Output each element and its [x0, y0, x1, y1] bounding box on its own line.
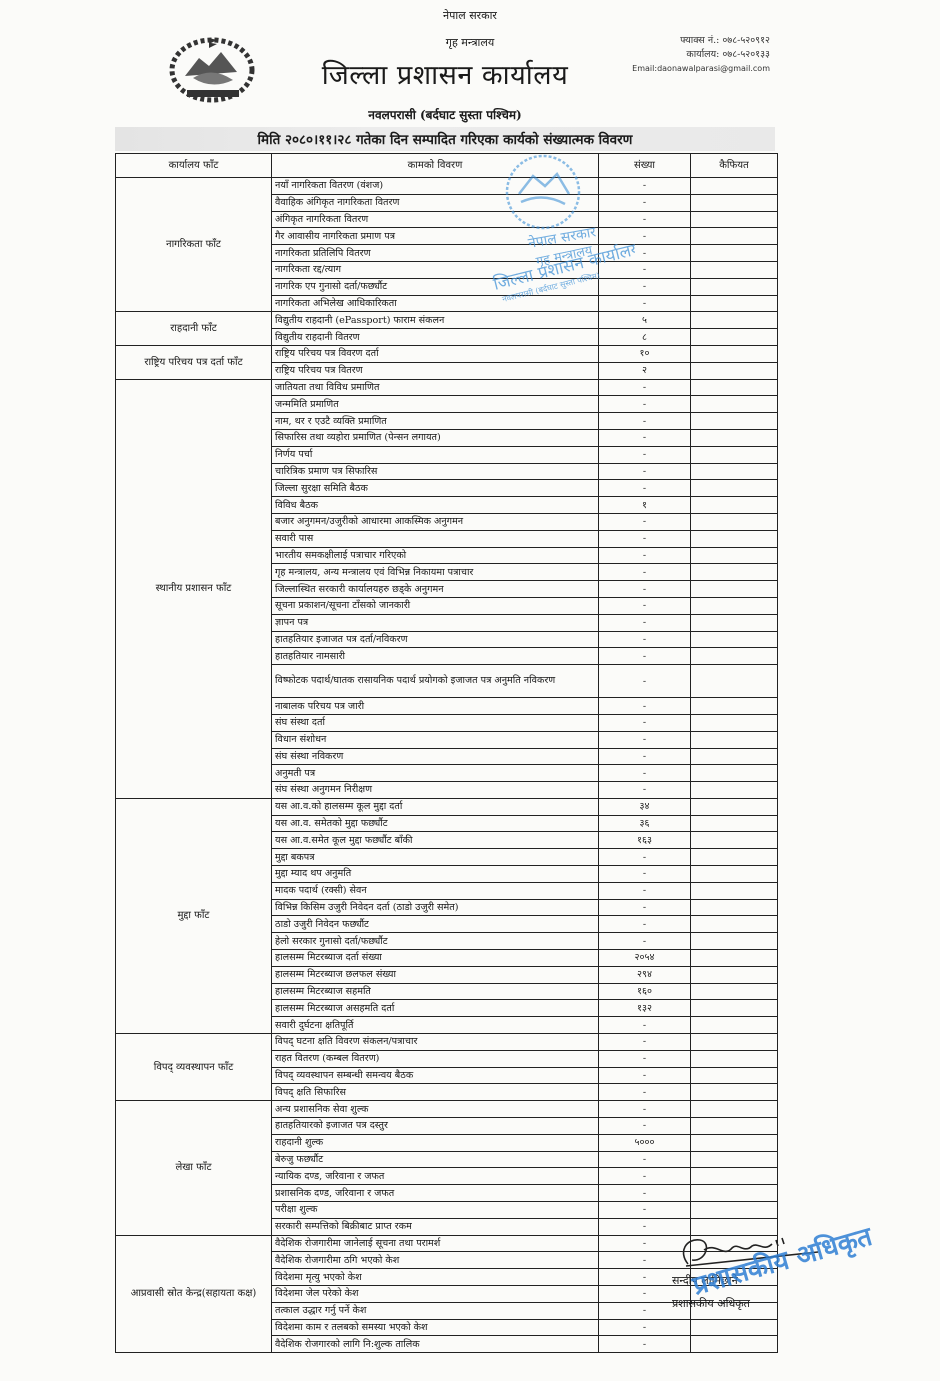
task-count: १ — [599, 497, 691, 514]
task-remarks — [691, 564, 778, 581]
task-count: - — [599, 614, 691, 631]
task-remarks — [691, 396, 778, 413]
task-remarks — [691, 362, 778, 379]
task-count: - — [599, 463, 691, 480]
task-count: - — [599, 530, 691, 547]
task-description: राष्ट्रिय परिचय पत्र वितरण — [272, 362, 599, 379]
task-remarks — [691, 950, 778, 967]
task-remarks — [691, 295, 778, 312]
task-count: - — [599, 597, 691, 614]
table-row: नागरिकता फाँटनयाँ नागरिकता वितरण (वंशज)- — [116, 178, 778, 195]
task-count: - — [599, 648, 691, 665]
task-count: - — [599, 1218, 691, 1235]
task-description: नाम, थर र एउटै व्यक्ति प्रमाणित — [272, 413, 599, 430]
task-description: विपद् व्यवस्थापन सम्बन्धी समन्वय बैठक — [272, 1067, 599, 1084]
task-description: सवारी दुर्घटना क्षतिपूर्ति — [272, 1017, 599, 1034]
task-description: यस आ.व.समेत कूल मुद्दा फर्छ्यौट बाँकी — [272, 832, 599, 849]
task-description: राहत वितरण (कम्बल वितरण) — [272, 1050, 599, 1067]
task-description: हातहतियार नामसारी — [272, 648, 599, 665]
task-count: ५ — [599, 312, 691, 329]
task-description: जातियता तथा विविध प्रमाणित — [272, 379, 599, 396]
task-count: - — [599, 899, 691, 916]
task-remarks — [691, 648, 778, 665]
task-remarks — [691, 714, 778, 731]
task-count: २ — [599, 362, 691, 379]
task-remarks — [691, 278, 778, 295]
task-description: मादक पदार्थ (रक्सी) सेवन — [272, 882, 599, 899]
task-remarks — [691, 966, 778, 983]
task-description: विदेशमा मृत्यु भएको केश — [272, 1269, 599, 1286]
task-count: - — [599, 631, 691, 648]
task-remarks — [691, 261, 778, 278]
task-description: विविध बैठक — [272, 497, 599, 514]
column-header-count: संख्या — [599, 154, 691, 178]
task-description: नाबालक परिचय पत्र जारी — [272, 698, 599, 715]
task-description: बजार अनुगमन/उजुरीको आधारमा आकस्मिक अनुगम… — [272, 513, 599, 530]
task-remarks — [691, 178, 778, 195]
task-count: १३२ — [599, 1000, 691, 1017]
task-count: - — [599, 1168, 691, 1185]
task-description: संघ संस्था दर्ता — [272, 714, 599, 731]
task-description: हातहतियारको इजाजत पत्र दस्तुर — [272, 1118, 599, 1135]
task-count: - — [599, 379, 691, 396]
table-header-row: कार्यालय फाँट कामको विवरण संख्या कैफियत — [116, 154, 778, 178]
task-description: वैदेशिक रोजगारीमा ठगि भएको केश — [272, 1252, 599, 1269]
task-remarks — [691, 1202, 778, 1219]
task-count: - — [599, 748, 691, 765]
task-count: - — [599, 194, 691, 211]
task-count: ८ — [599, 329, 691, 346]
task-count: - — [599, 581, 691, 598]
task-remarks — [691, 245, 778, 262]
task-count: ३४ — [599, 798, 691, 815]
task-remarks — [691, 1118, 778, 1135]
task-remarks — [691, 1336, 778, 1353]
task-description: विद्युतीय राहदानी वितरण — [272, 329, 599, 346]
task-description: परीक्षा शुल्क — [272, 1202, 599, 1219]
section-name: राष्ट्रिय परिचय पत्र दर्ता फाँट — [116, 345, 272, 379]
task-remarks — [691, 345, 778, 362]
table-row: राष्ट्रिय परिचय पत्र दर्ता फाँटराष्ट्रिय… — [116, 345, 778, 362]
task-count: १० — [599, 345, 691, 362]
task-description: तत्काल उद्धार गर्नु पर्ने केश — [272, 1302, 599, 1319]
task-count: - — [599, 665, 691, 698]
government-name: नेपाल सरकार — [0, 8, 940, 23]
table-row: स्थानीय प्रशासन फाँटजातियता तथा विविध प्… — [116, 379, 778, 396]
task-remarks — [691, 631, 778, 648]
task-count: २९४ — [599, 966, 691, 983]
task-description: हालसम्म मिटरब्याज छलफल संख्या — [272, 966, 599, 983]
task-count: - — [599, 1118, 691, 1135]
work-summary-table: कार्यालय फाँट कामको विवरण संख्या कैफियत … — [115, 153, 778, 1353]
task-count: - — [599, 714, 691, 731]
task-description: विपद् घटना क्षति विवरण संकलन/पत्राचार — [272, 1034, 599, 1051]
task-description: ज्ञापन पत्र — [272, 614, 599, 631]
task-remarks — [691, 1034, 778, 1051]
task-description: सिफारिस तथा व्यहोरा प्रमाणित (पेन्सन लगा… — [272, 429, 599, 446]
task-description: नागरिकता प्रतिलिपि वितरण — [272, 245, 599, 262]
task-count: - — [599, 866, 691, 883]
task-remarks — [691, 513, 778, 530]
task-count: - — [599, 429, 691, 446]
table-row: आप्रवासी स्रोत केन्द्र(सहायता कक्ष)वैदेश… — [116, 1235, 778, 1252]
task-count: - — [599, 698, 691, 715]
task-description: यस आ.व.को हालसम्म कूल मुद्दा दर्ता — [272, 798, 599, 815]
section-name: आप्रवासी स्रोत केन्द्र(सहायता कक्ष) — [116, 1235, 272, 1353]
task-count: - — [599, 396, 691, 413]
column-header-remarks: कैफियत — [691, 154, 778, 178]
task-count: - — [599, 782, 691, 799]
table-row: विपद् व्यवस्थापन फाँटविपद् घटना क्षति वि… — [116, 1034, 778, 1051]
section-name: राहदानी फाँट — [116, 312, 272, 346]
task-count: - — [599, 513, 691, 530]
contact-block: फ्याक्स नं.: ०७८-५२०९१२ कार्यालय: ०७८-५२… — [632, 34, 770, 76]
task-description: चारित्रिक प्रमाण पत्र सिफारिस — [272, 463, 599, 480]
task-remarks — [691, 983, 778, 1000]
task-description: हेलो सरकार गुनासो दर्ता/फर्छ्यौट — [272, 933, 599, 950]
section-name: मुद्दा फाँट — [116, 798, 272, 1033]
task-remarks — [691, 329, 778, 346]
task-remarks — [691, 581, 778, 598]
section-name: स्थानीय प्रशासन फाँट — [116, 379, 272, 798]
task-description: हालसम्म मिटरब्याज सहमति — [272, 983, 599, 1000]
task-remarks — [691, 731, 778, 748]
task-description: सूचना प्रकाशन/सूचना टाँसको जानकारी — [272, 597, 599, 614]
task-description: विधान संशोधन — [272, 731, 599, 748]
email-address: Email:daonawalparasi@gmail.com — [632, 62, 770, 76]
task-description: नागरिकता रद्द/त्याग — [272, 261, 599, 278]
task-remarks — [691, 849, 778, 866]
task-description: विदेशमा काम र तलबको समस्या भएको केश — [272, 1319, 599, 1336]
task-remarks — [691, 815, 778, 832]
task-count: - — [599, 1252, 691, 1269]
task-remarks — [691, 446, 778, 463]
task-remarks — [691, 1050, 778, 1067]
task-remarks — [691, 1218, 778, 1235]
task-remarks — [691, 614, 778, 631]
task-description: प्रशासनिक दण्ड, जरिवाना र जफत — [272, 1185, 599, 1202]
task-remarks — [691, 413, 778, 430]
task-description: वैवाहिक अंगिकृत नागरिकता वितरण — [272, 194, 599, 211]
task-remarks — [691, 480, 778, 497]
task-description: मुद्दा बकपत्र — [272, 849, 599, 866]
column-header-section: कार्यालय फाँट — [116, 154, 272, 178]
task-remarks — [691, 1084, 778, 1101]
task-count: - — [599, 849, 691, 866]
task-description: नागरिक एप गुनासो दर्ता/फर्छ्यौट — [272, 278, 599, 295]
fax-number: फ्याक्स नं.: ०७८-५२०९१२ — [632, 34, 770, 48]
task-count: - — [599, 1235, 691, 1252]
ministry-name: गृह मन्त्रालय — [0, 35, 940, 50]
task-remarks — [691, 916, 778, 933]
task-description: वैदेशिक रोजगारीमा जानेलाई सूचना तथा पराम… — [272, 1235, 599, 1252]
task-description: सवारी पास — [272, 530, 599, 547]
task-count: ३६ — [599, 815, 691, 832]
task-remarks — [691, 463, 778, 480]
task-description: विष्फोटक पदार्थ/घातक रासायनिक पदार्थ प्र… — [272, 665, 599, 698]
task-description: भारतीय समकक्षीलाई पत्राचार गरिएको — [272, 547, 599, 564]
task-count: १६३ — [599, 832, 691, 849]
table-row: मुद्दा फाँटयस आ.व.को हालसम्म कूल मुद्दा … — [116, 798, 778, 815]
task-count: ५००० — [599, 1134, 691, 1151]
task-description: सरकारी सम्पत्तिको बिक्रीबाट प्राप्त रकम — [272, 1218, 599, 1235]
table-row: लेखा फाँटअन्य प्रशासनिक सेवा शुल्क- — [116, 1101, 778, 1118]
task-remarks — [691, 665, 778, 698]
task-description: विदेशमा जेल परेको केश — [272, 1286, 599, 1303]
task-count: - — [599, 1050, 691, 1067]
task-count: - — [599, 1017, 691, 1034]
task-count: - — [599, 731, 691, 748]
task-count: १६० — [599, 983, 691, 1000]
task-remarks — [691, 497, 778, 514]
table-row: राहदानी फाँटविद्युतीय राहदानी (ePassport… — [116, 312, 778, 329]
table-body: नागरिकता फाँटनयाँ नागरिकता वितरण (वंशज)-… — [116, 178, 778, 1353]
phone-number: कार्यालय: ०७८-५२०१३३ — [632, 48, 770, 62]
task-remarks — [691, 228, 778, 245]
district-name: नवलपरासी (बर्दघाट सुस्ता पश्चिम) — [0, 106, 890, 123]
task-remarks — [691, 211, 778, 228]
task-remarks — [691, 782, 778, 799]
task-remarks — [691, 748, 778, 765]
task-count: - — [599, 446, 691, 463]
task-count: - — [599, 278, 691, 295]
task-remarks — [691, 1017, 778, 1034]
task-remarks — [691, 547, 778, 564]
task-description: अंगिकृत नागरिकता वितरण — [272, 211, 599, 228]
task-description: बेरुजु फर्छ्यौट — [272, 1151, 599, 1168]
task-description: निर्णय पर्चा — [272, 446, 599, 463]
section-name: विपद् व्यवस्थापन फाँट — [116, 1034, 272, 1101]
task-description: वैदेशिक रोजगारको लागि नि:शुल्क तालिक — [272, 1336, 599, 1353]
task-count: - — [599, 765, 691, 782]
task-remarks — [691, 765, 778, 782]
task-description: अन्य प्रशासनिक सेवा शुल्क — [272, 1101, 599, 1118]
task-description: यस आ.व. समेतको मुद्दा फर्छ्यौट — [272, 815, 599, 832]
task-description: न्यायिक दण्ड, जरिवाना र जफत — [272, 1168, 599, 1185]
task-remarks — [691, 933, 778, 950]
task-remarks — [691, 899, 778, 916]
task-count: - — [599, 1084, 691, 1101]
task-description: विभिन्न किसिम उजुरी निवेदन दर्ता (ठाडो उ… — [272, 899, 599, 916]
task-description: हालसम्म मिटरब्याज असहमति दर्ता — [272, 1000, 599, 1017]
task-count: - — [599, 547, 691, 564]
task-remarks — [691, 429, 778, 446]
task-count: - — [599, 178, 691, 195]
task-description: हालसम्म मिटरब्याज दर्ता संख्या — [272, 950, 599, 967]
task-count: - — [599, 295, 691, 312]
task-remarks — [691, 1151, 778, 1168]
section-name: लेखा फाँट — [116, 1101, 272, 1235]
task-remarks — [691, 379, 778, 396]
task-description: गृह मन्त्रालय, अन्य मन्त्रालय एवं विभिन्… — [272, 564, 599, 581]
task-description: राहदानी शुल्क — [272, 1134, 599, 1151]
task-description: विद्युतीय राहदानी (ePassport) फाराम संकल… — [272, 312, 599, 329]
task-description: जिल्ला सुरक्षा समिति बैठक — [272, 480, 599, 497]
task-count: - — [599, 1336, 691, 1353]
section-name: नागरिकता फाँट — [116, 178, 272, 312]
task-count: - — [599, 882, 691, 899]
task-remarks — [691, 1134, 778, 1151]
task-count: - — [599, 211, 691, 228]
column-header-description: कामको विवरण — [272, 154, 599, 178]
task-remarks — [691, 798, 778, 815]
task-remarks — [691, 1168, 778, 1185]
task-remarks — [691, 1319, 778, 1336]
task-remarks — [691, 530, 778, 547]
task-description: संघ संस्था नविकरण — [272, 748, 599, 765]
task-count: २०५४ — [599, 950, 691, 967]
task-count: - — [599, 480, 691, 497]
task-remarks — [691, 1101, 778, 1118]
task-description: विपद् क्षति सिफारिस — [272, 1084, 599, 1101]
task-description: संघ संस्था अनुगमन निरीक्षण — [272, 782, 599, 799]
task-count: - — [599, 933, 691, 950]
task-remarks — [691, 194, 778, 211]
task-description: ठाडो उजुरी निवेदन फर्छ्यौट — [272, 916, 599, 933]
task-description: हातहतियार इजाजत पत्र दर्ता/नविकरण — [272, 631, 599, 648]
task-description: मुद्दा म्याद थप अनुमति — [272, 866, 599, 883]
task-description: नागरिकता अभिलेख आधिकारिकता — [272, 295, 599, 312]
task-description: गैर आवासीय नागरिकता प्रमाण पत्र — [272, 228, 599, 245]
task-description: राष्ट्रिय परिचय पत्र विवरण दर्ता — [272, 345, 599, 362]
task-remarks — [691, 1067, 778, 1084]
task-count: - — [599, 1067, 691, 1084]
task-remarks — [691, 312, 778, 329]
task-remarks — [691, 832, 778, 849]
task-count: - — [599, 1185, 691, 1202]
task-count: - — [599, 1151, 691, 1168]
task-count: - — [599, 1202, 691, 1219]
task-count: - — [599, 916, 691, 933]
task-count: - — [599, 564, 691, 581]
task-count: - — [599, 1034, 691, 1051]
task-remarks — [691, 882, 778, 899]
task-description: जन्ममिति प्रमाणित — [272, 396, 599, 413]
task-remarks — [691, 1000, 778, 1017]
task-description: नयाँ नागरिकता वितरण (वंशज) — [272, 178, 599, 195]
task-count: - — [599, 1101, 691, 1118]
task-remarks — [691, 698, 778, 715]
task-count: - — [599, 228, 691, 245]
task-remarks — [691, 1185, 778, 1202]
task-remarks — [691, 866, 778, 883]
task-count: - — [599, 1319, 691, 1336]
task-remarks — [691, 597, 778, 614]
task-count: - — [599, 245, 691, 262]
page-title: मिति २०८०।११।२८ गतेका दिन सम्पादित गरिएक… — [115, 130, 775, 148]
task-count: - — [599, 413, 691, 430]
task-description: अनुमती पत्र — [272, 765, 599, 782]
task-count: - — [599, 261, 691, 278]
task-description: जिल्लास्थित सरकारी कार्यालयहरु छड्के अनु… — [272, 581, 599, 598]
